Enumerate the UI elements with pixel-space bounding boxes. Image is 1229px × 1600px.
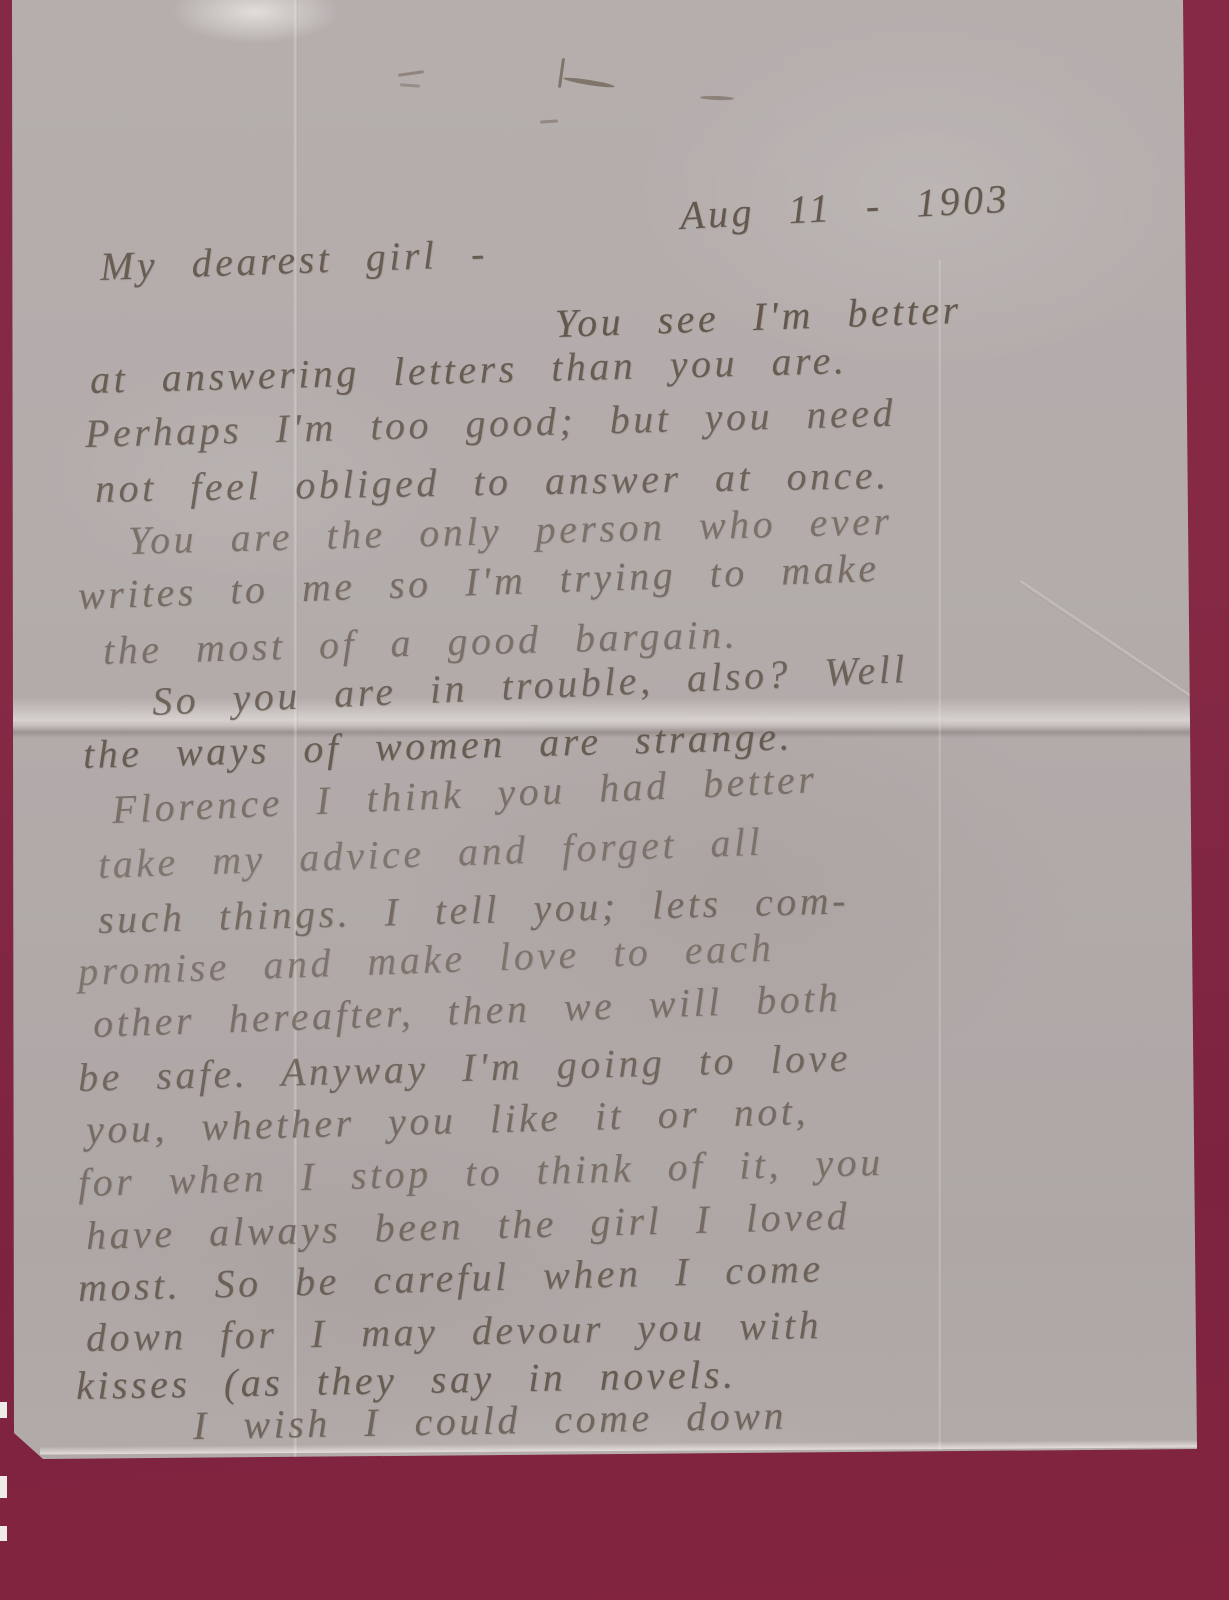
letter-line: writes to me so I'm trying to make — [77, 544, 880, 619]
date-line: Aug 11 - 1903 — [679, 175, 1011, 239]
letter-paper: Aug 11 - 1903 My dearest girl - You see … — [0, 0, 1229, 1600]
ink-smudge — [400, 83, 420, 87]
ink-smudge — [558, 58, 565, 88]
scan-background: Aug 11 - 1903 My dearest girl - You see … — [0, 0, 1229, 1600]
letter-line: down for I may devour you with — [86, 1301, 823, 1361]
scan-edge-notch — [0, 1526, 7, 1541]
letter-line: I wish I could come down — [193, 1392, 788, 1449]
letter-line: the most of a good bargain. — [102, 610, 738, 674]
letter-line: kisses (as they say in novels. — [76, 1350, 737, 1409]
ink-smudge — [540, 119, 558, 123]
letter-line: at answering letters than you are. — [89, 336, 847, 403]
letter-line: not feel obliged to answer at once. — [95, 451, 890, 512]
letter-line: You are the only person who ever — [127, 497, 893, 564]
vertical-fold-crease-left — [293, 0, 298, 1459]
ink-smudge — [563, 76, 615, 89]
ink-smudge — [398, 70, 424, 77]
horizontal-fold-crease — [0, 698, 1229, 738]
diagonal-crease — [1019, 580, 1229, 729]
scan-edge-notch — [0, 1476, 7, 1498]
letter-line: Perhaps I'm too good; but you need — [84, 389, 896, 457]
ink-smudge — [700, 95, 734, 100]
letter-line: most. So be careful when I come — [77, 1244, 824, 1311]
letter-line: be safe. Anyway I'm going to love — [77, 1034, 851, 1101]
letter-line: other hereafter, then we will both — [92, 974, 842, 1047]
vertical-fold-crease-right — [938, 260, 942, 1450]
letter-line: So you are in trouble, also? Well — [151, 645, 909, 725]
letter-line: Florence I think you had better — [111, 755, 818, 833]
letter-line: the ways of women are strange. — [82, 712, 793, 778]
letter-line: take my advice and forget all — [97, 818, 764, 888]
paper-bottom-edge-highlight — [40, 1439, 1197, 1454]
letter-line: have always been the girl I loved — [85, 1192, 850, 1259]
letter-line: promise and make love to each — [77, 924, 775, 995]
salutation-line: My dearest girl - — [99, 229, 488, 290]
scan-edge-notch — [0, 1402, 7, 1418]
letter-line: You see I'm better — [554, 286, 962, 347]
letter-line: such things. I tell you; lets com- — [97, 876, 849, 943]
letter-line: for when I stop to think of it, you — [77, 1138, 884, 1206]
letter-line: you, whether you like it or not, — [85, 1087, 809, 1153]
